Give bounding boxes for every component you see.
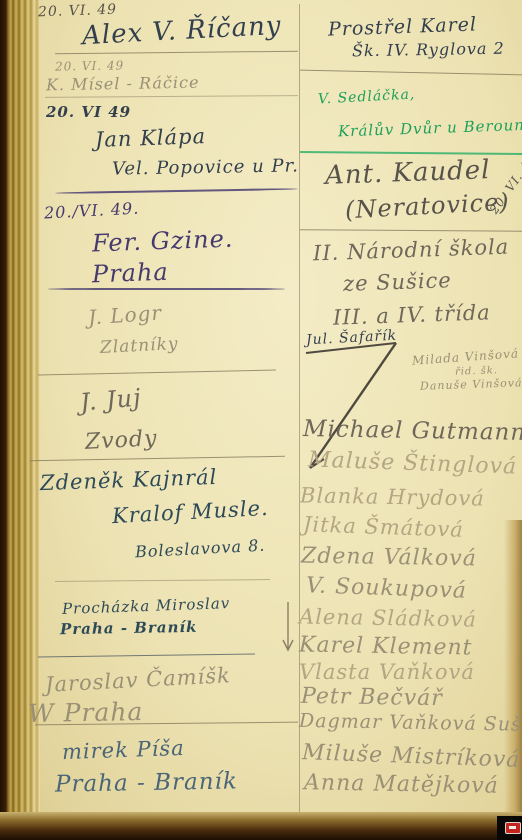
book-bottom-edge (0, 812, 522, 840)
pupil-signature: Karel Klement (299, 634, 473, 659)
pupil-signature: Dagmar Vaňková Sušice (299, 712, 522, 735)
pupil-signature: Michael Gutmann (303, 418, 522, 445)
pupil-signature: Alena Sládková (299, 606, 477, 630)
separator-line (55, 188, 298, 194)
pupil-signature: Zdena Válková (301, 545, 477, 570)
pupil-signature: Anna Matějková (304, 772, 499, 797)
group-signature-class: III. a IV. třída (333, 302, 491, 328)
separator-line (300, 229, 522, 232)
entry-date: 20. VI 49 (46, 105, 131, 120)
separator-line (55, 51, 298, 55)
red-marker-icon (505, 822, 521, 834)
signature: Jan Klápa (95, 126, 207, 151)
signature: Jaroslav Čamíšk (45, 665, 232, 696)
signature-place: Praha - Braník (60, 620, 198, 637)
pupil-signature: Petr Bečvář (301, 686, 443, 710)
signature-address: Boleslavova 8. (135, 538, 266, 561)
signature-place: Králův Dvůr u Berouna (338, 118, 522, 140)
column-divider-line (299, 4, 300, 812)
pupil-signature: Miluše Mistríková (302, 742, 521, 772)
signature: Zdeněk Kajnrál (40, 467, 218, 494)
signature: Alex V. Říčany (81, 13, 282, 49)
signature: mirek Píša (62, 738, 185, 763)
separator-line (48, 288, 285, 290)
signature-place: Praha (92, 260, 169, 287)
signature-place: (Neratovice) (344, 190, 510, 223)
signature: Fer. Gzine. (92, 227, 234, 256)
signature-place: W Praha (28, 699, 144, 726)
signature: J. Juj (79, 385, 142, 414)
signature-title: řid. šk. (455, 366, 498, 377)
group-signature-school: II. Národní škola (313, 237, 510, 265)
signature-place: Zlatníky (100, 336, 179, 357)
pupil-signature: Jitka Šmátová (303, 514, 464, 541)
signature: Procházka Miroslav (62, 596, 231, 617)
entry-date: 20./VI. 49. (44, 201, 140, 222)
separator-line (55, 579, 270, 582)
guestbook-page-scan: 20. VI. 49 Alex V. Říčany 20. VI. 49 K. … (0, 0, 522, 840)
separator-line (38, 370, 276, 376)
signature: Prostřel Karel (328, 15, 478, 39)
signature: Jul. Šafařík (306, 329, 398, 348)
pupil-signature: Maluše Štinglová (308, 449, 518, 478)
separator-line (38, 653, 255, 657)
signature: J. Logr (87, 302, 162, 327)
separator-line (45, 95, 298, 98)
signature: Milada Vinšová (412, 347, 520, 366)
signature: Ant. Kaudel (325, 157, 491, 189)
signature-place: Zvody (84, 428, 158, 454)
down-arrow-stroke (278, 600, 298, 655)
signature: K. Mísel - Ráčice (46, 75, 200, 94)
page-right-edge-shadow (504, 520, 522, 820)
entry-date: 20. VI. 49 (38, 3, 118, 20)
separator-line (30, 456, 285, 461)
signature-address: Šk. IV. Ryglova 2 (352, 41, 505, 60)
separator-line (300, 70, 522, 76)
signature: Kralof Musle. (112, 498, 270, 527)
pupil-signature: Vlasta Vaňková (299, 662, 475, 683)
signature: V. Sedláčka, (318, 87, 416, 106)
pupil-signature: Blanka Hrydová (300, 485, 485, 509)
group-signature-town: ze Sušice (343, 270, 452, 295)
entry-date: 20. VI. 49 (55, 59, 124, 72)
signature-place: Praha - Braník (55, 770, 238, 796)
entry-date: 20. VI. 49 (488, 152, 522, 216)
signature: Danuše Vinšová (420, 377, 522, 392)
signature-place: Vel. Popovice u Pr. (112, 157, 299, 178)
pupil-signature: V. Soukupová (306, 575, 468, 603)
